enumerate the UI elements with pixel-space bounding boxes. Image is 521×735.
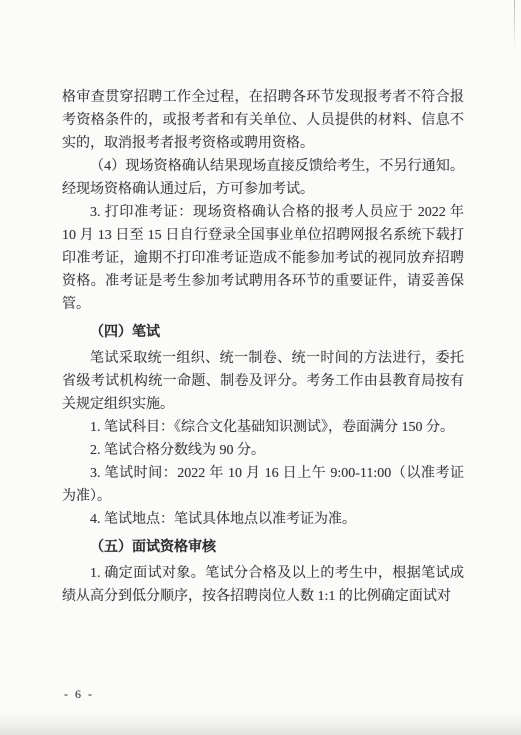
paragraph-print-admission-ticket: 3. 打印准考证：现场资格确认合格的报考人员应于 2022 年 10 月 13 … (62, 201, 464, 316)
paragraph-qualification-review-continuation: 格审查贯穿招聘工作全过程，在招聘各环节发现报考者不符合报考资格条件的，或报考者和… (62, 86, 464, 155)
paragraph-onsite-confirmation-result: （4）现场资格确认结果现场直接反馈给考生，不另行通知。经现场资格确认通过后，方可… (62, 155, 464, 201)
scan-shadow (0, 713, 521, 735)
paragraph-written-test-organization: 笔试采取统一组织、统一制卷、统一时间的方法进行，委托省级考试机构统一命题、制卷及… (62, 347, 464, 416)
section-heading-interview-qualification: （五）面试资格审核 (62, 536, 464, 559)
document-page: 格审查贯穿招聘工作全过程，在招聘各环节发现报考者不符合报考资格条件的，或报考者和… (0, 0, 521, 735)
paragraph-written-test-time: 3. 笔试时间：2022 年 10 月 16 日上午 9:00-11:00（以准… (62, 462, 464, 508)
paragraph-interview-candidate-determination: 1. 确定面试对象。笔试分合格及以上的考生中，根据笔试成绩从高分到低分顺序，按各… (62, 562, 464, 608)
section-heading-written-test: （四）笔试 (62, 321, 464, 344)
paragraph-written-test-pass-line: 2. 笔试合格分数线为 90 分。 (62, 439, 464, 462)
paragraph-written-test-location: 4. 笔试地点：笔试具体地点以准考证为准。 (62, 508, 464, 531)
page-number: - 6 - (64, 687, 94, 702)
scan-edge-artifact (514, 0, 515, 52)
document-content: 格审查贯穿招聘工作全过程，在招聘各环节发现报考者不符合报考资格条件的，或报考者和… (62, 86, 464, 608)
paragraph-written-test-subject: 1. 笔试科目：《综合文化基础知识测试》，卷面满分 150 分。 (62, 416, 464, 439)
